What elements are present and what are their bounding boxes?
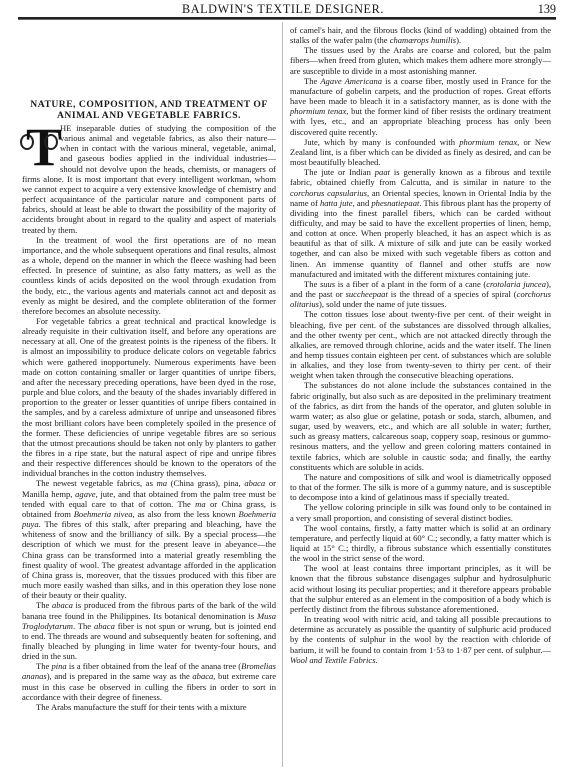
- text-run: The nature and compositions of silk and …: [290, 472, 551, 502]
- italic-term: crotolaria juncea: [486, 279, 546, 289]
- text-run: The Arabs manufacture the stuff for thei…: [36, 702, 247, 712]
- text-run: (China grass), pina,: [167, 478, 244, 488]
- text-run: The substances do not alone include the …: [290, 380, 551, 471]
- text-run: . The: [73, 621, 94, 631]
- italic-term: paat: [375, 167, 390, 177]
- flourish-ornament-icon: [44, 134, 58, 150]
- paragraph: The jute or Indian paat is generally kno…: [290, 167, 551, 279]
- text-run: , and: [353, 198, 372, 208]
- paragraph: The tissues used by the Arabs are coarse…: [290, 45, 551, 75]
- paragraph: For vegetable fabrics a great technical …: [22, 316, 276, 479]
- italic-term: phormium tenax: [459, 137, 517, 147]
- italic-term: Boehmeria nivea: [74, 509, 133, 519]
- paragraph: The newest vegetable fabrics, as ma (Chi…: [22, 478, 276, 600]
- text-run: ), and is prepared in the same way as th…: [47, 671, 193, 681]
- paragraph: The Agave Americana is a coarse fiber, m…: [290, 76, 551, 137]
- text-run: The yellow coloring principle in silk wa…: [290, 502, 551, 522]
- paragraph: Jute, which by many is confounded with p…: [290, 137, 551, 167]
- text-run: The newest vegetable fabrics, as: [36, 478, 157, 488]
- text-run: The wool at least contains three importa…: [290, 563, 551, 614]
- text-run: The: [304, 76, 320, 86]
- column-divider: [282, 22, 283, 767]
- italic-term: Agave Americana: [320, 76, 382, 86]
- italic-term: phormium tenax: [290, 106, 346, 116]
- italic-term: abaca: [192, 671, 213, 681]
- paragraph: The wool contains, firstly, a fatty matt…: [290, 523, 551, 564]
- text-run: is the thread of a species of spiral (: [388, 289, 517, 299]
- text-run: Jute, which by many is confounded with: [304, 137, 459, 147]
- text-run: The: [36, 661, 52, 671]
- ornamental-drop-cap: T: [20, 124, 54, 172]
- italic-term: succheepaat: [346, 289, 388, 299]
- text-run: In the treatment of wool the first opera…: [22, 235, 276, 316]
- text-run: For vegetable fabrics a great technical …: [22, 316, 276, 478]
- running-head: BALDWIN'S TEXTILE DESIGNER. 139: [0, 0, 566, 18]
- paragraph: The cotton tissues lose about twenty-fiv…: [290, 309, 551, 380]
- page-number: 139: [538, 2, 556, 17]
- text-run: , as also from the less known: [133, 509, 239, 519]
- text-run: . The fibres of this stalk, after prepar…: [22, 519, 276, 600]
- italic-term: abaca: [52, 600, 73, 610]
- text-run: In treating wool with nitric acid, and t…: [290, 614, 551, 654]
- italic-term: phesnatiepaat: [371, 198, 419, 208]
- text-run: The cotton tissues lose about twenty-fiv…: [290, 309, 551, 380]
- paragraph: The nature and compositions of silk and …: [290, 472, 551, 502]
- italic-term: agave: [75, 489, 95, 499]
- right-column-paragraphs: of camel's hair, and the fibrous flocks …: [290, 25, 551, 665]
- text-run: . This fibrous plant has the property of…: [290, 198, 551, 279]
- italic-term: chamærops humilis: [390, 35, 456, 45]
- paragraph: The yellow coloring principle in silk wa…: [290, 502, 551, 522]
- italic-term: Wool and Textile Fabrics.: [290, 655, 378, 665]
- italic-term: suus: [320, 279, 335, 289]
- text-run: ).: [456, 35, 461, 45]
- paragraph: The suus is a fiber of a plant in the fo…: [290, 279, 551, 309]
- italic-term: hatta jute: [320, 198, 353, 208]
- running-title: BALDWIN'S TEXTILE DESIGNER.: [0, 2, 566, 17]
- paragraph: The substances do not alone include the …: [290, 380, 551, 471]
- paragraph: In treating wool with nitric acid, and t…: [290, 614, 551, 665]
- text-run: is a fiber obtained from the leaf of the…: [67, 661, 241, 671]
- paragraph: of camel's hair, and the fibrous flocks …: [290, 25, 551, 45]
- paragraph: The Arabs manufacture the stuff for thei…: [22, 702, 276, 712]
- paragraph: The abaca is produced from the fibrous p…: [22, 600, 276, 661]
- text-run: The tissues used by the Arabs are coarse…: [290, 45, 551, 75]
- text-run: ), sold under the name of jute tissues.: [319, 299, 446, 309]
- italic-term: corchorus capsularius: [290, 188, 367, 198]
- paragraph: The pina is a fiber obtained from the le…: [22, 661, 276, 702]
- left-column: NATURE, COMPOSITION, AND TREATMENT OF AN…: [22, 99, 276, 712]
- italic-term: abaca: [94, 621, 115, 631]
- text-run: The jute or Indian: [304, 167, 375, 177]
- italic-term: ma: [195, 499, 205, 509]
- paragraph: In the treatment of wool the first opera…: [22, 235, 276, 316]
- text-run: is a fiber of a plant in the form of a c…: [335, 279, 486, 289]
- article-title-line-1: NATURE, COMPOSITION, AND TREATMENT OF: [22, 99, 276, 110]
- italic-term: ma: [157, 478, 167, 488]
- drop-cap-letter: T: [26, 120, 62, 174]
- text-run: The: [304, 279, 320, 289]
- italic-term: pina: [52, 661, 67, 671]
- text-run: The wool contains, firstly, a fatty matt…: [290, 523, 551, 563]
- paragraph: The wool at least contains three importa…: [290, 563, 551, 614]
- text-run: The: [36, 600, 52, 610]
- left-column-paragraphs: HE inseparable duties of studying the co…: [22, 123, 276, 712]
- right-column: of camel's hair, and the fibrous flocks …: [290, 25, 551, 665]
- italic-term: abaca: [244, 478, 265, 488]
- header-rule: [18, 17, 556, 20]
